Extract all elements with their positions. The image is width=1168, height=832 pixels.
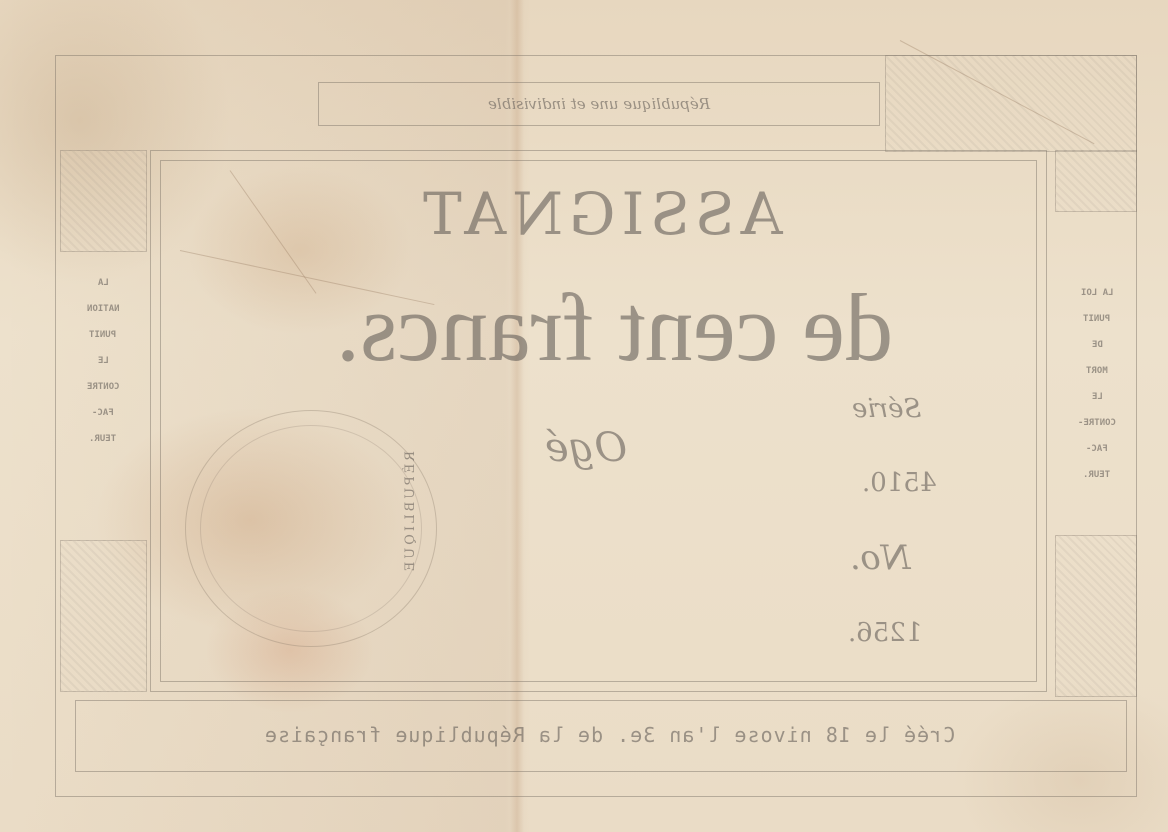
banknote-photo: République une et indivisible ASSIGNAT d… (0, 0, 1168, 832)
footer-text: Créé le 18 nivose l'an 3e. de la Républi… (264, 723, 955, 747)
serial-number: 1256. (848, 618, 922, 648)
serie-label: Série (852, 394, 921, 424)
left-column-item: FAC- (92, 400, 114, 426)
right-column-item: LA LOI (1081, 280, 1114, 306)
right-column-item: DE (1092, 332, 1103, 358)
corner-vignette (1055, 150, 1137, 212)
left-column-item: LE (98, 348, 109, 374)
top-banner: République une et indivisible (318, 82, 880, 126)
right-column: LA LOI PUNIT DE MORT LE CONTRE- FAC- TEU… (1062, 280, 1132, 488)
right-column-item: PUNIT (1083, 306, 1110, 332)
footer: Créé le 18 nivose l'an 3e. de la Républi… (250, 723, 970, 747)
right-column-item: CONTRE- (1078, 410, 1116, 436)
left-column-item: PUNIT (89, 322, 116, 348)
denomination: de cent francs. (190, 272, 1040, 383)
top-banner-text: République une et indivisible (488, 95, 710, 113)
number-label-text: No. (850, 538, 910, 578)
serie-number-text: 4510. (862, 468, 936, 498)
number-label: No. (850, 538, 910, 578)
left-column-item: LA (98, 270, 109, 296)
left-column-item: TEUR. (89, 426, 116, 452)
right-column-item: FAC- (1086, 436, 1108, 462)
right-column-item: LE (1092, 384, 1103, 410)
corner-vignette (60, 150, 147, 252)
corner-vignette (60, 540, 147, 692)
right-column-item: TEUR. (1083, 462, 1110, 488)
serial-number-text: 1256. (848, 618, 922, 648)
seal: RÉPUBLIQUE (185, 410, 437, 647)
corner-vignette (885, 55, 1137, 152)
corner-vignette (1055, 535, 1137, 697)
denomination-text: de cent francs. (336, 272, 893, 383)
signature-text: Ogé (545, 425, 627, 471)
signature: Ogé (545, 425, 627, 471)
left-column: LA NATION PUNIT LE CONTRE FAC- TEUR. (68, 270, 138, 452)
title: ASSIGNAT (370, 180, 830, 248)
title-text: ASSIGNAT (417, 180, 783, 248)
left-column-item: CONTRE (87, 374, 120, 400)
right-column-item: MORT (1086, 358, 1108, 384)
serie-number: 4510. (862, 468, 936, 498)
left-column-item: NATION (87, 296, 120, 322)
serie-label-text: Série (852, 394, 921, 424)
seal-text: RÉPUBLIQUE (403, 451, 418, 574)
